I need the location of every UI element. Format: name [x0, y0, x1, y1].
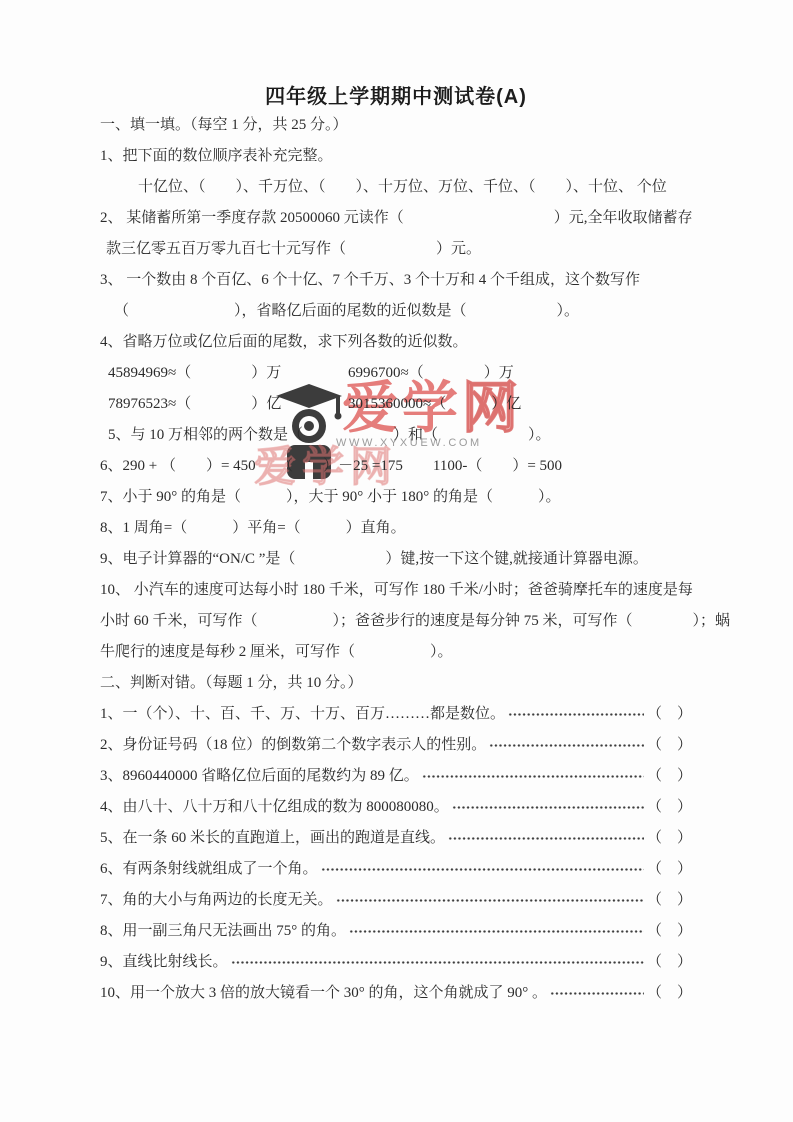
- question-7: 7、小于 90° 的角是（ ），大于 90° 小于 180° 的角是（ ）。: [100, 482, 692, 513]
- question-4-item-3: 78976523≈（ ）亿: [108, 389, 348, 420]
- dotted-leader: [321, 854, 644, 885]
- answer-blank: （ ）: [647, 761, 692, 792]
- dotted-leader: [349, 916, 644, 947]
- dotted-leader: [489, 730, 644, 761]
- question-4-row-2: 78976523≈（ ）亿3015360000≈（ ）亿: [100, 389, 692, 420]
- tf-item-text: 4、由八十、八十万和八十亿组成的数为 800080080。: [100, 792, 449, 823]
- question-3-line-1: 3、 一个数由 8 个百亿、6 个十亿、7 个千万、3 个十万和 4 个千组成，…: [100, 265, 692, 296]
- dotted-leader: [452, 792, 644, 823]
- tf-item-text: 7、角的大小与角两边的长度无关。: [100, 885, 333, 916]
- question-9: 9、电子计算器的“ON/C ”是（ ）键,按一下这个键,就接通计算器电源。: [100, 544, 692, 575]
- question-2-line-1: 2、 某储蓄所第一季度存款 20500060 元读作（ ）元,全年收取储蓄存: [100, 203, 692, 234]
- question-4-item-2: 6996700≈（ ）万: [348, 365, 514, 381]
- question-1-answer-row: 十亿位、（ ）、千万位、（ ）、十万位、万位、千位、（ ）、十位、 个位: [100, 172, 692, 203]
- question-4: 4、省略万位或亿位后面的尾数，求下列各数的近似数。: [100, 327, 692, 358]
- tf-item-text: 9、直线比射线长。: [100, 947, 228, 978]
- dotted-leader: [422, 761, 644, 792]
- answer-blank: （ ）: [647, 916, 692, 947]
- question-2-line-2: 款三亿零五百万零九百七十元写作（ ）元。: [100, 234, 692, 265]
- dotted-leader: [336, 885, 644, 916]
- tf-item-5: 5、在一条 60 米长的直跑道上，画出的跑道是直线。（ ）: [100, 823, 692, 854]
- question-10-line-1: 10、 小汽车的速度可达每小时 180 千米，可写作 180 千米/小时；爸爸骑…: [100, 575, 692, 606]
- test-paper-page: 爱学网 WWW.XYXUEW.COM 爱学网 四年级上学期期中测试卷(A) 一、…: [0, 0, 793, 1122]
- answer-blank: （ ）: [647, 978, 692, 1009]
- tf-item-1: 1、一（个）、十、百、千、万、十万、百万………都是数位。（ ）: [100, 699, 692, 730]
- answer-blank: （ ）: [647, 730, 692, 761]
- tf-item-text: 10、用一个放大 3 倍的放大镜看一个 30° 的角，这个角就成了 90° 。: [100, 978, 547, 1009]
- tf-item-text: 2、身份证号码（18 位）的倒数第二个数字表示人的性别。: [100, 730, 486, 761]
- tf-item-text: 1、一（个）、十、百、千、万、十万、百万………都是数位。: [100, 699, 505, 730]
- answer-blank: （ ）: [647, 854, 692, 885]
- page-title: 四年级上学期期中测试卷(A): [100, 84, 692, 110]
- question-6: 6、290 + （ ）= 450 （ ）－25 =175 1100-（ ）= 5…: [100, 451, 692, 482]
- answer-blank: （ ）: [647, 885, 692, 916]
- question-3-line-2: （ ），省略亿后面的尾数的近似数是（ ）。: [100, 296, 692, 327]
- document-content: 四年级上学期期中测试卷(A) 一、填一填。（每空 1 分，共 25 分。） 1、…: [100, 84, 692, 1009]
- question-10-line-3: 牛爬行的速度是每秒 2 厘米，可写作（ ）。: [100, 637, 692, 668]
- dotted-leader: [550, 978, 644, 1009]
- tf-item-4: 4、由八十、八十万和八十亿组成的数为 800080080。（ ）: [100, 792, 692, 823]
- answer-blank: （ ）: [647, 947, 692, 978]
- question-4-item-1: 45894969≈（ ）万: [108, 358, 348, 389]
- section2-heading: 二、判断对错。（每题 1 分，共 10 分。）: [100, 668, 692, 699]
- question-1: 1、把下面的数位顺序表补充完整。: [100, 141, 692, 172]
- tf-item-3: 3、8960440000 省略亿位后面的尾数约为 89 亿。（ ）: [100, 761, 692, 792]
- tf-item-text: 6、有两条射线就组成了一个角。: [100, 854, 318, 885]
- tf-item-10: 10、用一个放大 3 倍的放大镜看一个 30° 的角，这个角就成了 90° 。（…: [100, 978, 692, 1009]
- dotted-leader: [448, 823, 644, 854]
- tf-item-text: 8、用一副三角尺无法画出 75° 的角。: [100, 916, 346, 947]
- question-4-row-1: 45894969≈（ ）万6996700≈（ ）万: [100, 358, 692, 389]
- answer-blank: （ ）: [647, 699, 692, 730]
- question-5: 5、与 10 万相邻的两个数是（ ）和（ ）。: [100, 420, 692, 451]
- tf-item-7: 7、角的大小与角两边的长度无关。（ ）: [100, 885, 692, 916]
- tf-item-2: 2、身份证号码（18 位）的倒数第二个数字表示人的性别。（ ）: [100, 730, 692, 761]
- answer-blank: （ ）: [647, 792, 692, 823]
- tf-item-8: 8、用一副三角尺无法画出 75° 的角。（ ）: [100, 916, 692, 947]
- tf-item-text: 3、8960440000 省略亿位后面的尾数约为 89 亿。: [100, 761, 419, 792]
- tf-item-9: 9、直线比射线长。（ ）: [100, 947, 692, 978]
- question-4-item-4: 3015360000≈（ ）亿: [348, 396, 521, 412]
- answer-blank: （ ）: [647, 823, 692, 854]
- tf-item-6: 6、有两条射线就组成了一个角。（ ）: [100, 854, 692, 885]
- tf-item-text: 5、在一条 60 米长的直跑道上，画出的跑道是直线。: [100, 823, 445, 854]
- question-10-line-2: 小时 60 千米，可写作（ ）；爸爸步行的速度是每分钟 75 米，可写作（ ）；…: [100, 606, 692, 637]
- dotted-leader: [508, 699, 644, 730]
- question-8: 8、1 周角=（ ）平角=（ ）直角。: [100, 513, 692, 544]
- section1-heading: 一、填一填。（每空 1 分，共 25 分。）: [100, 110, 692, 141]
- dotted-leader: [231, 947, 644, 978]
